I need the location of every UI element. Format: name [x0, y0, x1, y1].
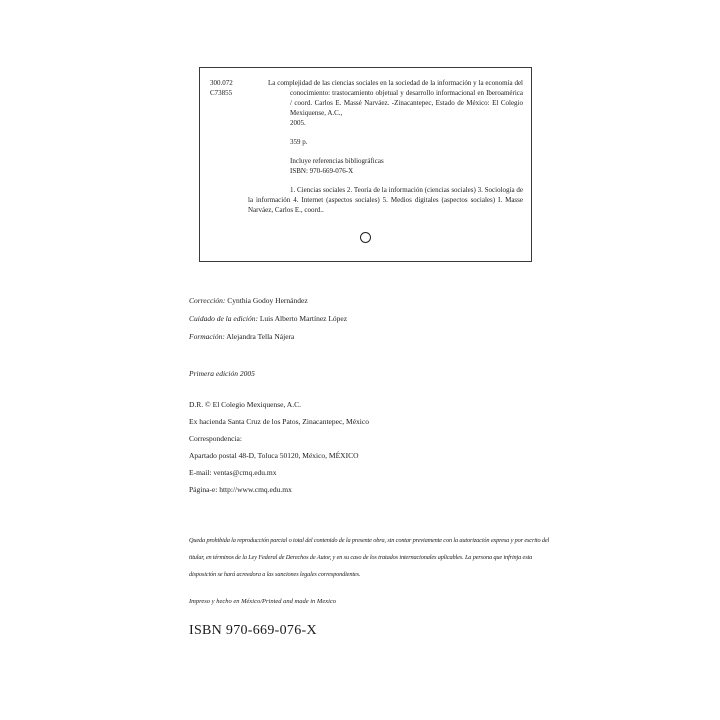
- notes: Incluye referencias bibliográficas ISBN:…: [268, 156, 523, 176]
- publisher-address: Ex hacienda Santa Cruz de los Patos, Zin…: [189, 413, 369, 430]
- note-isbn: ISBN: 970-669-076-X: [290, 166, 523, 176]
- credit-name: Luis Alberto Martínez López: [260, 314, 347, 323]
- correspondence-label: Correspondencia:: [189, 430, 369, 447]
- copyright-page: 300.072 C73855 La complejidad de las cie…: [0, 0, 720, 720]
- credit-editing: Cuidado de la edición: Luis Alberto Mart…: [189, 310, 347, 328]
- catalog-entry: La complejidad de las ciencias sociales …: [268, 78, 523, 215]
- website: Página-e: http://www.cmq.edu.mx: [189, 481, 369, 498]
- email: E-mail: ventas@cmq.edu.mx: [189, 464, 369, 481]
- call-number: 300.072 C73855: [210, 78, 233, 98]
- card-hole-circle-icon: [360, 232, 371, 243]
- credits: Corrección: Cynthia Godoy Hernández Cuid…: [189, 292, 347, 346]
- subject-headings: 1. Ciencias sociales 2. Teoría de la inf…: [248, 185, 523, 215]
- credit-role: Corrección:: [189, 296, 225, 305]
- credit-name: Cynthia Godoy Hernández: [227, 296, 307, 305]
- legal-notice: Queda prohibida la reproducción parcial …: [189, 532, 551, 583]
- publication-year: 2005.: [290, 119, 306, 127]
- extent: 359 p.: [268, 137, 523, 147]
- call-number-cutter: C73855: [210, 88, 233, 98]
- call-number-class: 300.072: [210, 78, 233, 88]
- credit-name: Alejandra Tella Nájera: [226, 332, 294, 341]
- title-text: La complejidad de las ciencias sociales …: [268, 79, 523, 117]
- credit-role: Cuidado de la edición:: [189, 314, 258, 323]
- edition-statement: Primera edición 2005: [189, 369, 255, 378]
- credit-layout: Formación: Alejandra Tella Nájera: [189, 328, 347, 346]
- copyright-holder: D.R. © El Colegio Mexiquense, A.C.: [189, 396, 369, 413]
- credit-correction: Corrección: Cynthia Godoy Hernández: [189, 292, 347, 310]
- credit-role: Formación:: [189, 332, 225, 341]
- catalog-card: 300.072 C73855 La complejidad de las cie…: [199, 67, 532, 262]
- printed-in: Impreso y hecho en México/Printed and ma…: [189, 598, 336, 605]
- publisher-info: D.R. © El Colegio Mexiquense, A.C. Ex ha…: [189, 396, 369, 498]
- postal-address: Apartado postal 48-D, Toluca 50120, Méxi…: [189, 447, 369, 464]
- note-bibliography: Incluye referencias bibliográficas: [290, 156, 523, 166]
- title-statement: La complejidad de las ciencias sociales …: [268, 78, 523, 128]
- isbn: ISBN 970-669-076-X: [189, 623, 317, 639]
